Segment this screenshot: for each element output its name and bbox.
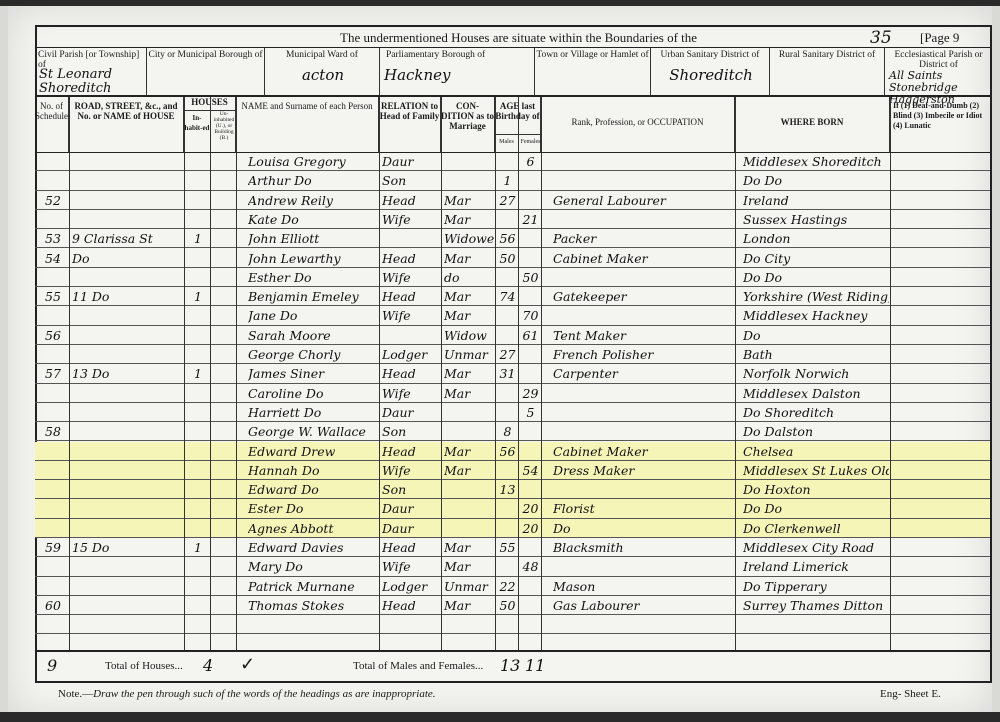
cell-born: Bath bbox=[743, 345, 889, 364]
col-name: NAME and Surname of each Person bbox=[236, 97, 379, 152]
cell-female-age: 50 bbox=[521, 268, 540, 287]
cell-relation: Head bbox=[382, 538, 440, 557]
cell-male-age bbox=[498, 499, 517, 518]
cell-road bbox=[72, 171, 183, 190]
cell-occupation bbox=[553, 403, 734, 422]
cell-road bbox=[72, 519, 183, 538]
cell-relation: Son bbox=[382, 171, 440, 190]
cell-relation: Lodger bbox=[382, 345, 440, 364]
cell-inhabited bbox=[187, 422, 209, 441]
cell-condition: Widower bbox=[444, 229, 494, 248]
cell-road bbox=[72, 210, 183, 229]
cell-road bbox=[72, 306, 183, 325]
cell-female-age: 61 bbox=[521, 326, 540, 345]
cell-schedule: 53 bbox=[38, 229, 68, 248]
cell-road bbox=[72, 442, 183, 461]
cell-inhabited bbox=[187, 596, 209, 615]
cell-name: Esther Do bbox=[248, 268, 379, 287]
cell-inhabited: 1 bbox=[187, 287, 209, 306]
cell-condition: Mar bbox=[444, 596, 494, 615]
cell-condition bbox=[444, 152, 494, 171]
cell-inhabited: 1 bbox=[187, 538, 209, 557]
cell-relation: Son bbox=[382, 422, 440, 441]
cell-schedule bbox=[38, 403, 68, 422]
cell-road: 13 Do bbox=[72, 364, 183, 383]
cell-condition: Widow bbox=[444, 326, 494, 345]
column-rule bbox=[441, 97, 442, 650]
cell-female-age: 5 bbox=[521, 403, 540, 422]
cell-male-age bbox=[498, 306, 517, 325]
cell-occupation bbox=[553, 306, 734, 325]
cell-relation: Head bbox=[382, 596, 440, 615]
cell-inhabited bbox=[187, 461, 209, 480]
cell-occupation: Dress Maker bbox=[553, 461, 734, 480]
cell-road bbox=[72, 577, 183, 596]
cell-born: Ireland Limerick bbox=[743, 557, 889, 576]
col-infirmity: If (1) Deaf-and-Dumb (2) Blind (3) Imbec… bbox=[890, 97, 992, 152]
cell-name: George W. Wallace bbox=[248, 422, 379, 441]
cell-born: Surrey Thames Ditton bbox=[743, 596, 889, 615]
table-row: 58George W. WallaceSon8Do Dalston bbox=[35, 422, 990, 441]
cell-name: Edward Drew bbox=[248, 442, 379, 461]
cell-relation: Wife bbox=[382, 210, 440, 229]
cell-name: Hannah Do bbox=[248, 461, 379, 480]
cell-schedule: 58 bbox=[38, 422, 68, 441]
cell-female-age bbox=[521, 442, 540, 461]
houses-total-value: 4 bbox=[203, 656, 213, 675]
cell-relation: Head bbox=[382, 191, 440, 210]
cell-relation bbox=[382, 326, 440, 345]
table-row: Mary DoWifeMar48Ireland Limerick bbox=[35, 557, 990, 576]
schedules-total: 9 bbox=[47, 656, 57, 675]
cell-born: Do Tipperary bbox=[743, 577, 889, 596]
cell-female-age bbox=[521, 287, 540, 306]
cell-occupation: Packer bbox=[553, 229, 734, 248]
cell-born: Do Do bbox=[743, 499, 889, 518]
cell-occupation: Tent Maker bbox=[553, 326, 734, 345]
cell-female-age: 20 bbox=[521, 519, 540, 538]
persons-total-label: Total of Males and Females... bbox=[353, 660, 483, 672]
cell-schedule bbox=[38, 384, 68, 403]
cell-occupation bbox=[553, 557, 734, 576]
cell-male-age bbox=[498, 461, 517, 480]
cell-road: Do bbox=[72, 249, 183, 268]
cell-male-age: 13 bbox=[498, 480, 517, 499]
cell-male-age: 55 bbox=[498, 538, 517, 557]
cell-inhabited bbox=[187, 210, 209, 229]
cell-name: Sarah Moore bbox=[248, 326, 379, 345]
cell-occupation: General Labourer bbox=[553, 191, 734, 210]
cell-born: Sussex Hastings bbox=[743, 210, 889, 229]
cell-name: Arthur Do bbox=[248, 171, 379, 190]
cell-occupation bbox=[553, 422, 734, 441]
page-title: The undermentioned Houses are situate wi… bbox=[340, 30, 697, 46]
table-row: 5511 Do1Benjamin EmeleyHeadMar74Gatekeep… bbox=[35, 287, 990, 306]
cell-inhabited bbox=[187, 442, 209, 461]
cell-schedule: 60 bbox=[38, 596, 68, 615]
cell-male-age: 74 bbox=[498, 287, 517, 306]
footer-note: Note.—Draw the pen through such of the w… bbox=[58, 688, 436, 700]
cell-condition: Unmar bbox=[444, 577, 494, 596]
cell-born: Chelsea bbox=[743, 442, 889, 461]
cell-born: Middlesex City Road bbox=[743, 538, 889, 557]
loc-municipal-borough: City or Municipal Borough of bbox=[147, 48, 265, 96]
cell-inhabited bbox=[187, 403, 209, 422]
cell-relation: Head bbox=[382, 287, 440, 306]
cell-born: Yorkshire (West Riding) bbox=[743, 287, 889, 306]
table-row: Esther DoWifedo50Do Do bbox=[35, 268, 990, 287]
cell-born: Do Do bbox=[743, 171, 889, 190]
cell-condition: Mar bbox=[444, 191, 494, 210]
cell-name: Benjamin Emeley bbox=[248, 287, 379, 306]
cell-inhabited: 1 bbox=[187, 364, 209, 383]
cell-inhabited bbox=[187, 615, 209, 634]
loc-ecclesiastical-parish: Ecclesiastical Parish or District of All… bbox=[885, 48, 992, 96]
cell-occupation: Gas Labourer bbox=[553, 596, 734, 615]
cell-schedule: 52 bbox=[38, 191, 68, 210]
cell-schedule bbox=[38, 152, 68, 171]
cell-inhabited bbox=[187, 191, 209, 210]
table-row: Agnes AbbottDaur20DoDo Clerkenwell bbox=[35, 519, 990, 538]
cell-road: 15 Do bbox=[72, 538, 183, 557]
cell-road: 9 Clarissa St bbox=[72, 229, 183, 248]
cell-female-age bbox=[521, 538, 540, 557]
table-row: Edward DoSon13Do Hoxton bbox=[35, 480, 990, 499]
cell-occupation: Cabinet Maker bbox=[553, 442, 734, 461]
cell-occupation bbox=[553, 384, 734, 403]
cell-name: Harriett Do bbox=[248, 403, 379, 422]
table-row: Caroline DoWifeMar29Middlesex Dalston bbox=[35, 384, 990, 403]
cell-born: Do Clerkenwell bbox=[743, 519, 889, 538]
cell-schedule bbox=[38, 519, 68, 538]
cell-road bbox=[72, 480, 183, 499]
cell-name: Louisa Gregory bbox=[248, 152, 379, 171]
cell-occupation: Gatekeeper bbox=[553, 287, 734, 306]
cell-female-age: 29 bbox=[521, 384, 540, 403]
cell-road bbox=[72, 345, 183, 364]
cell-male-age: 31 bbox=[498, 364, 517, 383]
loc-town-village: Town or Village or Hamlet of bbox=[535, 48, 651, 96]
loc-rural-sanitary: Rural Sanitary District of bbox=[770, 48, 885, 96]
cell-name: Kate Do bbox=[248, 210, 379, 229]
cell-inhabited bbox=[187, 306, 209, 325]
cell-relation bbox=[382, 229, 440, 248]
col-occupation: Rank, Profession, or OCCUPATION bbox=[541, 97, 735, 152]
cell-name: Jane Do bbox=[248, 306, 379, 325]
cell-relation: Daur bbox=[382, 152, 440, 171]
table-row: 52Andrew ReilyHeadMar27General LabourerI… bbox=[35, 191, 990, 210]
cell-condition bbox=[444, 480, 494, 499]
cell-road: 11 Do bbox=[72, 287, 183, 306]
cell-road bbox=[72, 152, 183, 171]
table-row: 60Thomas StokesHeadMar50Gas LabourerSurr… bbox=[35, 596, 990, 615]
cell-inhabited bbox=[187, 171, 209, 190]
loc-urban-sanitary: Urban Sanitary District of Shoreditch bbox=[651, 48, 770, 96]
cell-inhabited bbox=[187, 152, 209, 171]
cell-male-age bbox=[498, 268, 517, 287]
cell-condition: Mar bbox=[444, 249, 494, 268]
table-row: Kate DoWifeMar21Sussex Hastings bbox=[35, 210, 990, 229]
cell-condition bbox=[444, 403, 494, 422]
cell-inhabited bbox=[187, 499, 209, 518]
cell-female-age: 54 bbox=[521, 461, 540, 480]
cell-road bbox=[72, 461, 183, 480]
cell-male-age: 27 bbox=[498, 191, 517, 210]
cell-occupation bbox=[553, 480, 734, 499]
cell-name: Mary Do bbox=[248, 557, 379, 576]
cell-road bbox=[72, 403, 183, 422]
cell-female-age: 21 bbox=[521, 210, 540, 229]
cell-road bbox=[72, 191, 183, 210]
cell-road bbox=[72, 596, 183, 615]
location-header-row: Civil Parish [or Township] of St Leonard… bbox=[35, 47, 992, 97]
cell-name: Edward Davies bbox=[248, 538, 379, 557]
table-row: George ChorlyLodgerUnmar27French Polishe… bbox=[35, 345, 990, 364]
column-rule bbox=[184, 97, 185, 650]
cell-name: George Chorly bbox=[248, 345, 379, 364]
cell-male-age bbox=[498, 152, 517, 171]
cell-condition bbox=[444, 171, 494, 190]
cell-relation: Lodger bbox=[382, 577, 440, 596]
table-row bbox=[35, 615, 990, 634]
cell-relation: Head bbox=[382, 364, 440, 383]
cell-schedule: 57 bbox=[38, 364, 68, 383]
cell-schedule bbox=[38, 577, 68, 596]
cell-relation: Wife bbox=[382, 384, 440, 403]
cell-condition: Mar bbox=[444, 384, 494, 403]
cell-condition: do bbox=[444, 268, 494, 287]
cell-born: Norfolk Norwich bbox=[743, 364, 889, 383]
column-rule bbox=[495, 97, 496, 650]
cell-schedule bbox=[38, 171, 68, 190]
cell-female-age bbox=[521, 345, 540, 364]
cell-schedule bbox=[38, 268, 68, 287]
cell-born: Ireland bbox=[743, 191, 889, 210]
cell-schedule bbox=[38, 345, 68, 364]
col-schedule: No. of Schedule bbox=[35, 97, 69, 152]
cell-name: Thomas Stokes bbox=[248, 596, 379, 615]
cell-female-age bbox=[521, 249, 540, 268]
cell-female-age: 70 bbox=[521, 306, 540, 325]
cell-female-age bbox=[521, 229, 540, 248]
cell-male-age: 27 bbox=[498, 345, 517, 364]
page-label: [Page 9 bbox=[920, 30, 959, 46]
cell-name bbox=[248, 615, 379, 634]
cell-occupation: Florist bbox=[553, 499, 734, 518]
cell-inhabited: 1 bbox=[187, 229, 209, 248]
cell-relation: Wife bbox=[382, 268, 440, 287]
cell-male-age bbox=[498, 326, 517, 345]
cell-born: Middlesex Shoreditch bbox=[743, 152, 889, 171]
column-rule bbox=[69, 97, 70, 650]
cell-relation: Head bbox=[382, 442, 440, 461]
checkmark-icon: ✓ bbox=[240, 654, 255, 675]
cell-relation: Head bbox=[382, 249, 440, 268]
cell-male-age bbox=[498, 210, 517, 229]
cell-name: Agnes Abbott bbox=[248, 519, 379, 538]
cell-occupation bbox=[553, 171, 734, 190]
cell-relation: Wife bbox=[382, 557, 440, 576]
cell-occupation: Cabinet Maker bbox=[553, 249, 734, 268]
cell-name: Caroline Do bbox=[248, 384, 379, 403]
cell-condition: Mar bbox=[444, 442, 494, 461]
col-relation: RELATION to Head of Family bbox=[379, 97, 441, 152]
cell-relation bbox=[382, 615, 440, 634]
cell-inhabited bbox=[187, 384, 209, 403]
cell-female-age: 48 bbox=[521, 557, 540, 576]
cell-road bbox=[72, 384, 183, 403]
cell-born: Middlesex St Lukes Old St bbox=[743, 461, 889, 480]
cell-inhabited bbox=[187, 249, 209, 268]
cell-name: Patrick Murnane bbox=[248, 577, 379, 596]
houses-total-label: Total of Houses... bbox=[105, 660, 183, 672]
cell-inhabited bbox=[187, 519, 209, 538]
cell-female-age bbox=[521, 596, 540, 615]
cell-schedule bbox=[38, 480, 68, 499]
cell-schedule: 59 bbox=[38, 538, 68, 557]
cell-born: Do Hoxton bbox=[743, 480, 889, 499]
cell-inhabited bbox=[187, 577, 209, 596]
cell-condition bbox=[444, 499, 494, 518]
cell-name: Ester Do bbox=[248, 499, 379, 518]
scan-border-bottom bbox=[0, 712, 1000, 722]
cell-female-age bbox=[521, 615, 540, 634]
cell-condition bbox=[444, 615, 494, 634]
cell-schedule bbox=[38, 306, 68, 325]
cell-born: Do Shoreditch bbox=[743, 403, 889, 422]
table-row: Louisa GregoryDaur6Middlesex Shoreditch bbox=[35, 152, 990, 171]
cell-female-age bbox=[521, 422, 540, 441]
cell-relation: Daur bbox=[382, 499, 440, 518]
cell-born: Do City bbox=[743, 249, 889, 268]
cell-male-age: 8 bbox=[498, 422, 517, 441]
table-row: Edward DrewHeadMar56Cabinet MakerChelsea bbox=[35, 442, 990, 461]
cell-occupation bbox=[553, 268, 734, 287]
cell-name: Edward Do bbox=[248, 480, 379, 499]
cell-male-age bbox=[498, 519, 517, 538]
cell-schedule bbox=[38, 442, 68, 461]
cell-condition: Mar bbox=[444, 557, 494, 576]
cell-relation: Daur bbox=[382, 519, 440, 538]
col-condition: CON-DITION as to Marriage bbox=[441, 97, 495, 152]
folio-number: 35 bbox=[870, 28, 892, 48]
cell-condition: Mar bbox=[444, 538, 494, 557]
cell-occupation bbox=[553, 210, 734, 229]
cell-male-age bbox=[498, 557, 517, 576]
cell-condition: Mar bbox=[444, 364, 494, 383]
table-row: Arthur DoSon1Do Do bbox=[35, 171, 990, 190]
cell-relation: Wife bbox=[382, 306, 440, 325]
table-row: 54DoJohn LewarthyHeadMar50Cabinet MakerD… bbox=[35, 249, 990, 268]
column-rule bbox=[236, 97, 237, 650]
column-header-row: No. of Schedule ROAD, STREET, &c., and N… bbox=[35, 97, 992, 153]
cell-born: Middlesex Dalston bbox=[743, 384, 889, 403]
cell-female-age: 20 bbox=[521, 499, 540, 518]
totals-row: 9 Total of Houses... 4 ✓ Total of Males … bbox=[35, 650, 992, 683]
column-rule bbox=[518, 97, 519, 650]
cell-occupation bbox=[553, 615, 734, 634]
column-rule bbox=[735, 97, 736, 650]
cell-male-age: 50 bbox=[498, 596, 517, 615]
cell-condition bbox=[444, 519, 494, 538]
cell-female-age bbox=[521, 364, 540, 383]
cell-schedule bbox=[38, 499, 68, 518]
cell-schedule bbox=[38, 210, 68, 229]
cell-relation: Daur bbox=[382, 403, 440, 422]
column-rule bbox=[210, 97, 211, 650]
cell-condition: Unmar bbox=[444, 345, 494, 364]
cell-inhabited bbox=[187, 268, 209, 287]
cell-schedule bbox=[38, 557, 68, 576]
cell-condition: Mar bbox=[444, 210, 494, 229]
cell-female-age bbox=[521, 577, 540, 596]
cell-male-age: 56 bbox=[498, 229, 517, 248]
col-road: ROAD, STREET, &c., and No. or NAME of HO… bbox=[69, 97, 184, 152]
loc-parliamentary-borough: Parliamentary Borough of Hackney bbox=[380, 48, 535, 96]
cell-schedule: 56 bbox=[38, 326, 68, 345]
cell-born: Do Do bbox=[743, 268, 889, 287]
cell-road bbox=[72, 499, 183, 518]
cell-born: Do Dalston bbox=[743, 422, 889, 441]
table-row: Ester DoDaur20FloristDo Do bbox=[35, 499, 990, 518]
cell-occupation: Blacksmith bbox=[553, 538, 734, 557]
cell-condition: Mar bbox=[444, 461, 494, 480]
cell-born: London bbox=[743, 229, 889, 248]
table-row: 5713 Do1James SinerHeadMar31CarpenterNor… bbox=[35, 364, 990, 383]
cell-inhabited bbox=[187, 557, 209, 576]
cell-born: Do bbox=[743, 326, 889, 345]
cell-relation: Son bbox=[382, 480, 440, 499]
cell-name: Andrew Reily bbox=[248, 191, 379, 210]
column-rule bbox=[541, 97, 542, 650]
cell-occupation: Do bbox=[553, 519, 734, 538]
cell-condition: Mar bbox=[444, 287, 494, 306]
cell-condition bbox=[444, 422, 494, 441]
cell-female-age bbox=[521, 171, 540, 190]
cell-road bbox=[72, 326, 183, 345]
cell-inhabited bbox=[187, 326, 209, 345]
loc-civil-parish: Civil Parish [or Township] of St Leonard… bbox=[35, 48, 147, 96]
cell-male-age bbox=[498, 384, 517, 403]
sheet-label: Eng- Sheet E. bbox=[880, 688, 941, 700]
cell-male-age bbox=[498, 615, 517, 634]
cell-schedule bbox=[38, 615, 68, 634]
column-rule bbox=[379, 97, 380, 650]
cell-name: John Lewarthy bbox=[248, 249, 379, 268]
cell-occupation: French Polisher bbox=[553, 345, 734, 364]
cell-female-age: 6 bbox=[521, 152, 540, 171]
cell-road bbox=[72, 557, 183, 576]
cell-schedule: 55 bbox=[38, 287, 68, 306]
table-row: Jane DoWifeMar70Middlesex Hackney bbox=[35, 306, 990, 325]
cell-road bbox=[72, 422, 183, 441]
cell-born bbox=[743, 615, 889, 634]
cell-condition: Mar bbox=[444, 306, 494, 325]
col-where-born: WHERE BORN bbox=[735, 97, 890, 152]
cell-female-age bbox=[521, 480, 540, 499]
table-row: Hannah DoWifeMar54Dress MakerMiddlesex S… bbox=[35, 461, 990, 480]
cell-schedule: 54 bbox=[38, 249, 68, 268]
table-row: Patrick MurnaneLodgerUnmar22MasonDo Tipp… bbox=[35, 577, 990, 596]
cell-relation: Wife bbox=[382, 461, 440, 480]
table-row: Harriett DoDaur5Do Shoreditch bbox=[35, 403, 990, 422]
cell-schedule bbox=[38, 461, 68, 480]
cell-male-age: 50 bbox=[498, 249, 517, 268]
cell-road bbox=[72, 268, 183, 287]
cell-male-age: 1 bbox=[498, 171, 517, 190]
cell-name: John Elliott bbox=[248, 229, 379, 248]
cell-occupation: Mason bbox=[553, 577, 734, 596]
